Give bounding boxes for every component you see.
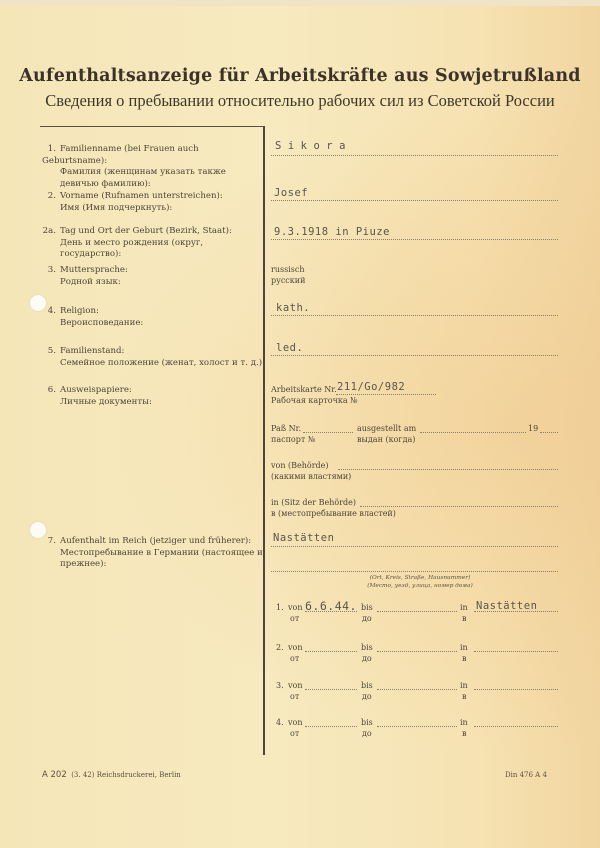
label-year-prefix: 19 — [528, 424, 538, 435]
label-bis: bis — [361, 681, 373, 692]
line-to — [377, 651, 457, 652]
label-do: до — [362, 692, 372, 703]
label-do: до — [362, 614, 372, 625]
label-authority-seat-ru: в (местопребывание властей) — [271, 509, 396, 520]
line-to — [377, 689, 457, 690]
field-label-marital-status: 5.Familienstand: Семейное положение (жен… — [42, 346, 272, 369]
line-work-card — [336, 394, 436, 395]
label-ot: от — [290, 692, 299, 703]
value-birth: 9.3.1918 in Piuze — [274, 226, 390, 238]
label-von: von — [288, 681, 303, 692]
label-in: in — [460, 718, 468, 729]
value-surname: Sikora — [275, 140, 352, 152]
footer-form-number: A 202 (3. 42) Reichsdruckerei, Berlin — [42, 770, 181, 780]
line-birth — [271, 239, 558, 240]
line-surname — [271, 155, 558, 156]
label-in: in — [460, 681, 468, 692]
line-from — [305, 651, 357, 652]
label-von: von — [288, 603, 303, 614]
label-ot: от — [290, 614, 299, 625]
label-bis: bis — [361, 603, 373, 614]
title-russian: Сведения о пребывании относительно рабоч… — [0, 91, 600, 111]
line-passport — [303, 432, 353, 433]
paper-edge — [0, 0, 600, 6]
field-label-birth: 2a.Tag und Ort der Geburt (Bezirk, Staat… — [36, 226, 264, 261]
line-from — [305, 726, 357, 727]
label-authority: von (Behörde) — [271, 461, 329, 472]
line-residence-1 — [271, 546, 558, 547]
value-mother-tongue-de: russisch — [271, 265, 304, 276]
label-do: до — [362, 729, 372, 740]
value-religion: kath. — [276, 302, 310, 314]
value-from: 6.6.44. — [305, 599, 357, 613]
label-ot: от — [290, 654, 299, 665]
label-v: в — [462, 692, 467, 703]
row-number: 1. — [276, 603, 284, 614]
value-mother-tongue-ru: русский — [271, 276, 305, 287]
label-bis: bis — [361, 643, 373, 654]
row-number: 3. — [276, 681, 284, 692]
row-number: 4. — [276, 718, 284, 729]
line-place — [474, 651, 558, 652]
row-number: 2. — [276, 643, 284, 654]
field-label-id-papers: 6.Ausweispapiere: Личные документы: — [42, 385, 264, 408]
line-firstname — [271, 200, 558, 201]
label-work-card-ru: Рабочая карточка № — [271, 396, 358, 407]
label-ot: от — [290, 729, 299, 740]
value-marital-status: led. — [276, 342, 303, 354]
label-authority-seat: in (Sitz der Behörde) — [271, 498, 356, 509]
field-label-surname: 1.Familienname (bei Frauen auch Geburtsn… — [42, 144, 264, 190]
line-from — [305, 689, 357, 690]
field-label-mother-tongue: 3.Muttersprache: Родной язык: — [42, 265, 264, 288]
label-in: in — [460, 603, 468, 614]
line-to — [377, 726, 457, 727]
label-v: в — [462, 729, 467, 740]
label-passport: Paß Nr. — [271, 424, 301, 435]
label-issued: ausgestellt am — [357, 424, 416, 435]
label-do: до — [362, 654, 372, 665]
label-von: von — [288, 718, 303, 729]
line-authority-seat — [360, 506, 558, 507]
label-authority-ru: (какими властями) — [271, 472, 351, 483]
line-religion — [271, 315, 558, 316]
line-marital-status — [271, 355, 558, 356]
field-label-firstname: 2.Vorname (Rufnamen unterstreichen): Имя… — [42, 191, 264, 214]
value-firstname: Josef — [274, 187, 308, 199]
label-v: в — [462, 654, 467, 665]
footer-din: Din 476 A 4 — [505, 771, 547, 779]
top-rule — [40, 126, 265, 127]
line-issued — [420, 432, 526, 433]
label-issued-ru: выдан (когда) — [357, 435, 415, 446]
label-bis: bis — [361, 718, 373, 729]
address-hint-de: (Ort, Kreis, Straße, Hausnummer) — [320, 575, 520, 583]
label-von: von — [288, 643, 303, 654]
field-label-religion: 4.Religion: Вероисповедание: — [42, 306, 264, 329]
value-place: Nastätten — [476, 600, 537, 612]
label-work-card: Arbeitskarte Nr. — [271, 385, 337, 396]
line-to — [377, 611, 457, 612]
line-residence-2 — [271, 571, 558, 572]
label-v: в — [462, 614, 467, 625]
title-german: Aufenthaltsanzeige für Arbeitskräfte aus… — [0, 66, 600, 86]
line-year — [540, 432, 558, 433]
value-work-card: 211/Go/982 — [337, 381, 405, 393]
line-place — [474, 689, 558, 690]
line-place — [474, 726, 558, 727]
field-label-residence: 7.Aufenthalt im Reich (jetziger und früh… — [42, 536, 264, 571]
value-residence: Nastätten — [273, 532, 334, 544]
line-authority — [338, 469, 558, 470]
column-divider — [263, 127, 265, 755]
label-passport-ru: паспорт № — [271, 435, 315, 446]
document-page: Aufenthaltsanzeige für Arbeitskräfte aus… — [0, 0, 600, 848]
label-in: in — [460, 643, 468, 654]
address-hint-ru: (Место, уезд, улица, номер дома) — [320, 583, 520, 591]
